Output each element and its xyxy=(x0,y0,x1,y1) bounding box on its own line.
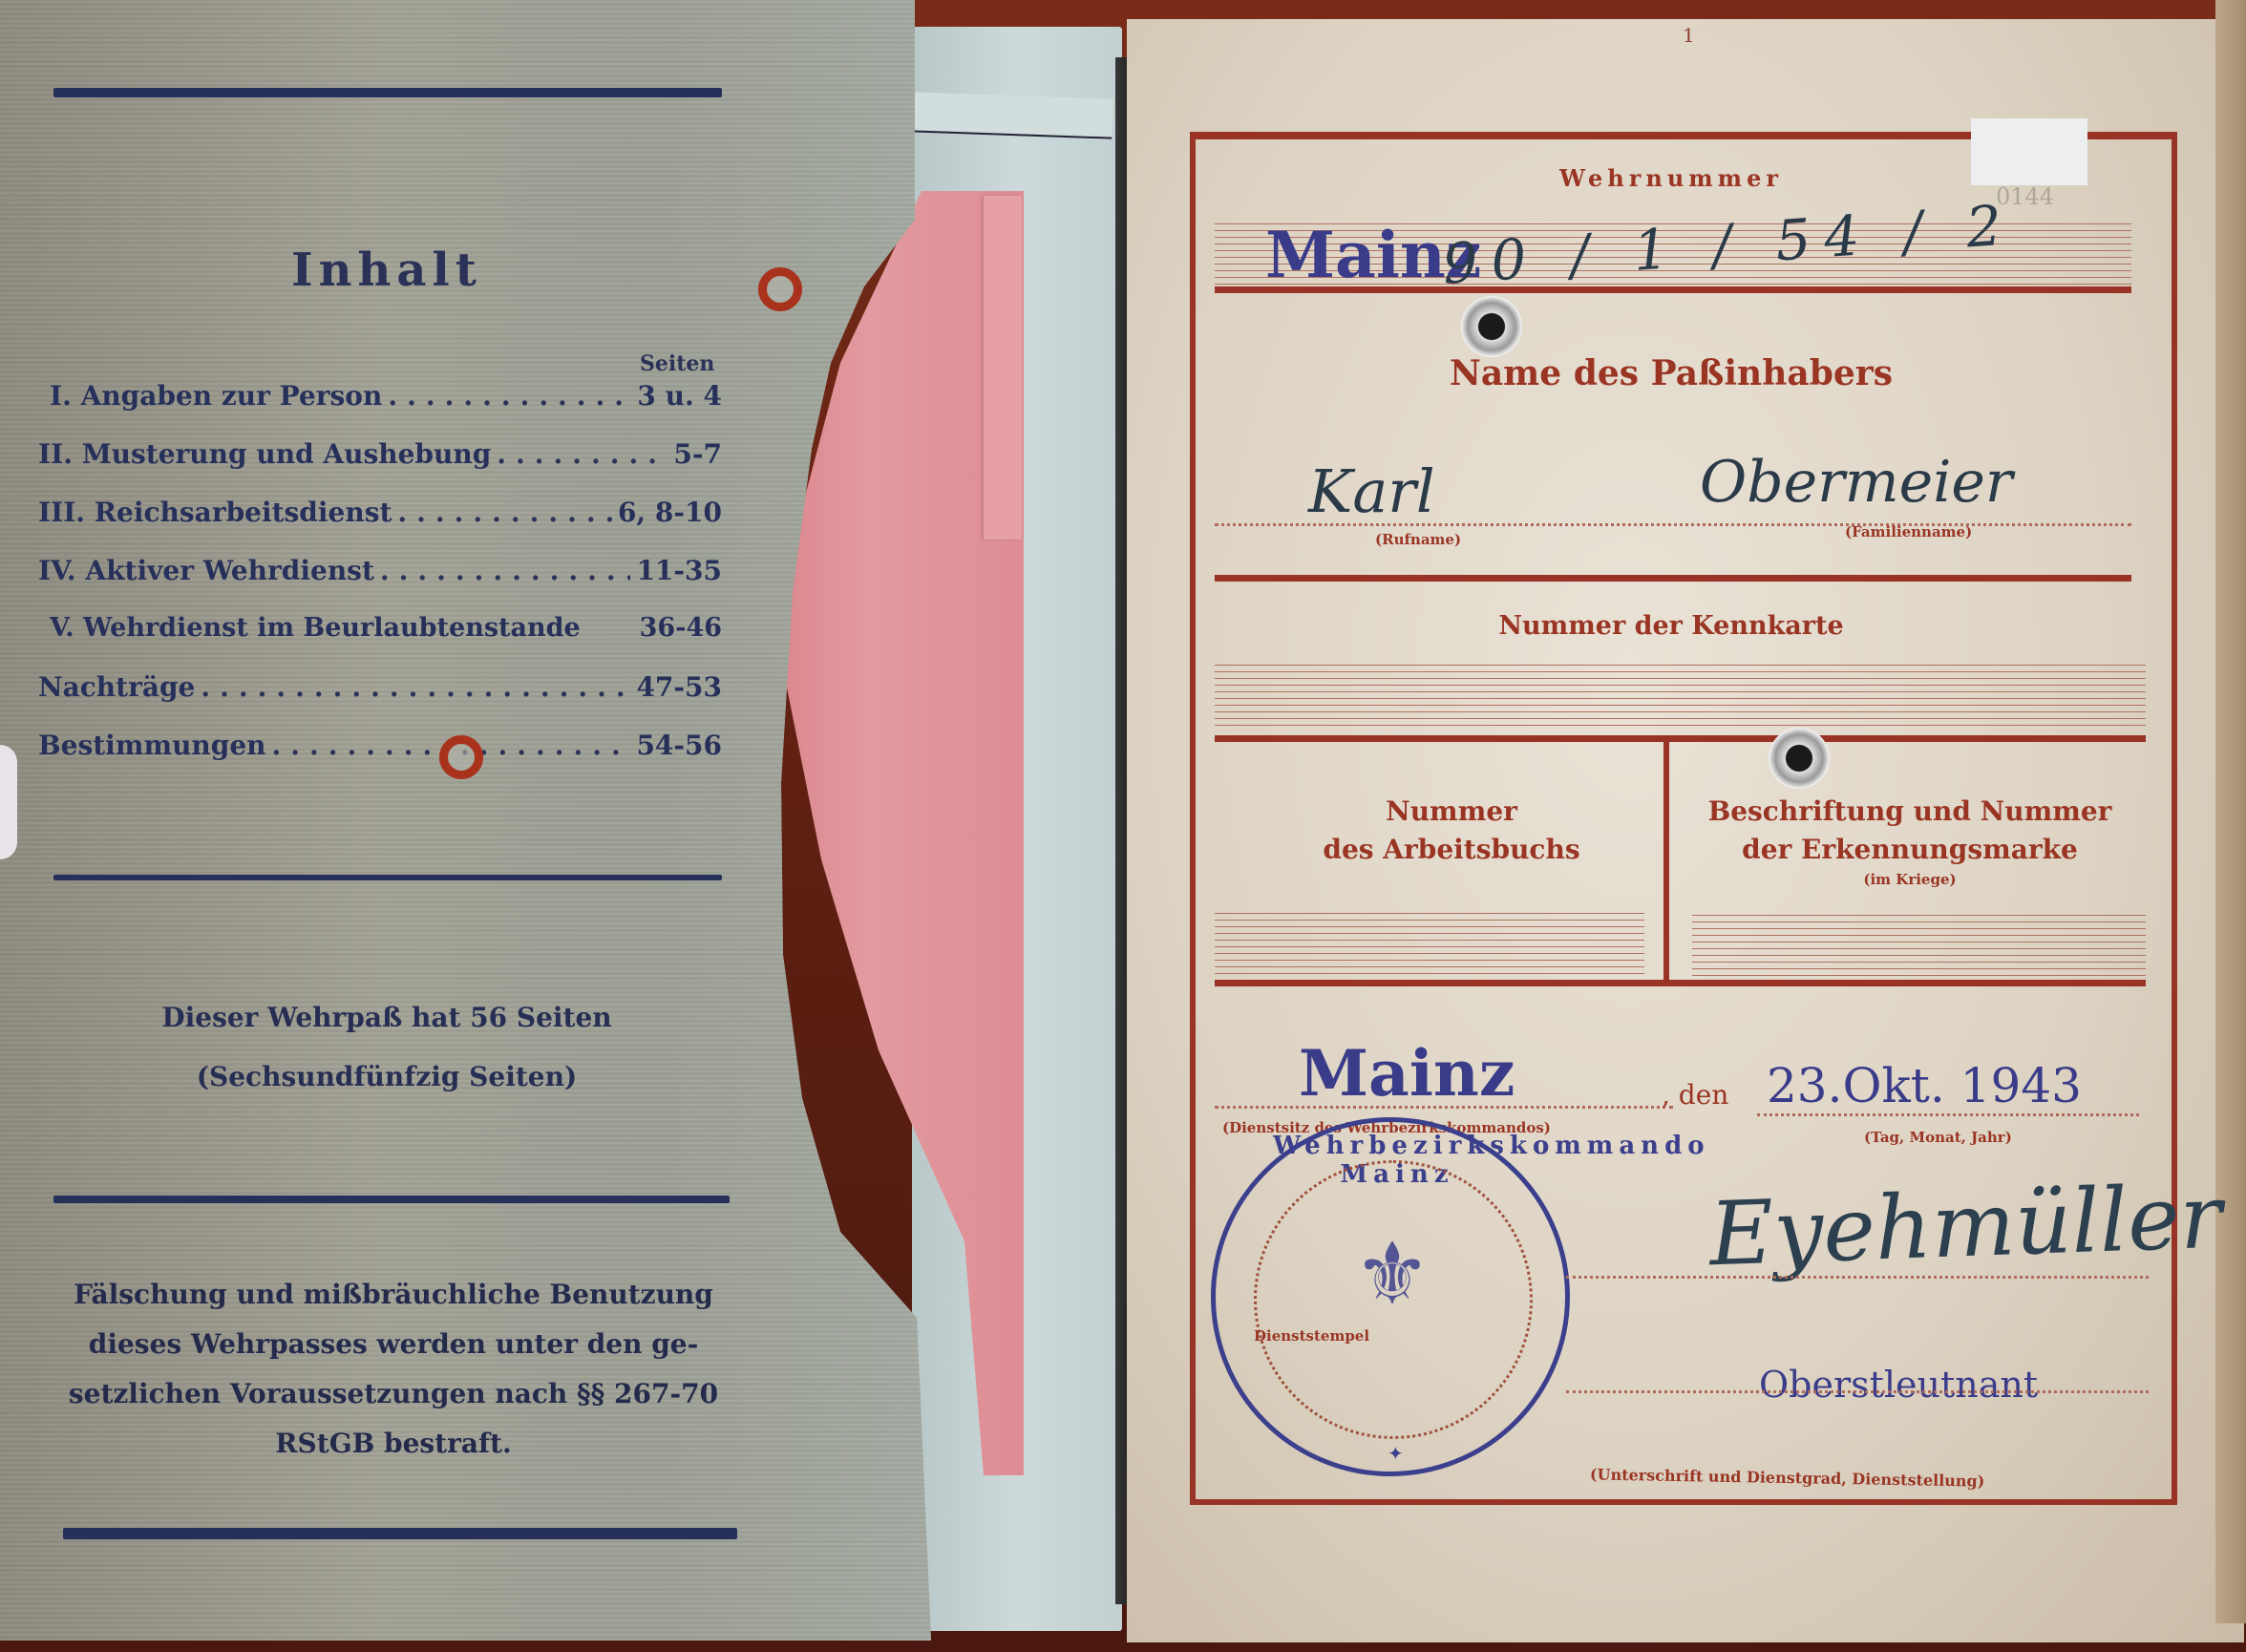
page-count-line: Dieser Wehrpaß hat 56 Seiten xyxy=(0,988,773,1048)
toc-label: Bestimmungen xyxy=(38,730,266,761)
folded-page-edge xyxy=(911,92,1112,138)
toc-row: Bestimmungen ...........................… xyxy=(38,730,722,788)
erkennungsmarke-label-line: Beschriftung und Nummer xyxy=(1681,793,2139,831)
grommet-icon xyxy=(1461,296,1522,357)
erkennungsmarke-label: Beschriftung und Nummer der Erkennungsma… xyxy=(1681,793,2139,890)
name-line xyxy=(1215,523,2131,526)
last-name: Obermeier xyxy=(1700,449,2013,516)
middle-divider xyxy=(53,875,722,880)
toc-row: II. Musterung und Aushebung ............… xyxy=(38,438,722,497)
kennkarte-label: Nummer der Kennkarte xyxy=(1432,611,1910,641)
toc-row: IV. Aktiver Wehrdienst .................… xyxy=(38,555,722,613)
toc-label: III. Reichsarbeitsdienst xyxy=(38,497,392,528)
toc-leader: ............................. xyxy=(201,671,630,703)
toc-pages: 6, 8-10 xyxy=(618,497,722,528)
toc-pages: 54-56 xyxy=(636,730,722,761)
toc-leader: ............................. xyxy=(397,497,612,528)
toc-leader: ............................. xyxy=(388,380,631,412)
erkennungsmarke-field xyxy=(1692,909,2146,978)
signature-line xyxy=(1566,1276,2149,1279)
wehrnummer-label: Wehrnummer xyxy=(1490,164,1853,192)
pages-column-label: Seiten xyxy=(640,351,714,376)
official-stamp: Wehrbezirkskommando Mainz ⚜ Dienststempe… xyxy=(1211,1117,1570,1476)
lower-divider xyxy=(53,1196,730,1203)
date-caption: (Tag, Monat, Jahr) xyxy=(1864,1129,2012,1146)
contents-title: Inhalt xyxy=(0,244,773,297)
place-stamp: Mainz xyxy=(1299,1036,1515,1111)
toc-row: III. Reichsarbeitsdienst ...............… xyxy=(38,497,722,555)
bottom-divider xyxy=(63,1528,737,1539)
toc-pages: 5-7 xyxy=(673,438,722,470)
last-name-caption: (Familienname) xyxy=(1845,523,1972,540)
arbeitsbuch-field xyxy=(1215,907,1644,976)
den-label: , den xyxy=(1662,1079,1728,1111)
table-of-contents: I. Angaben zur Person ..................… xyxy=(38,380,722,788)
arbeitsbuch-label-line: Nummer xyxy=(1241,793,1662,831)
section-rule xyxy=(1215,735,2146,742)
arbeitsbuch-label-line: des Arbeitsbuchs xyxy=(1241,831,1662,869)
erkennungsmarke-caption: (im Kriege) xyxy=(1681,869,2139,890)
toc-label: IV. Aktiver Wehrdienst xyxy=(38,555,374,586)
warning-line: RStGB bestraft. xyxy=(50,1419,737,1469)
star-icon: ✦ xyxy=(1388,1442,1404,1465)
pink-insert-fold xyxy=(984,196,1022,540)
warning-line: setzlichen Voraussetzungen nach §§ 267-7… xyxy=(50,1369,737,1419)
page-number: 1 xyxy=(1683,24,1695,47)
toc-pages: 47-53 xyxy=(636,671,722,703)
toc-row: Nachträge ............................. … xyxy=(38,671,722,730)
page-count-note: Dieser Wehrpaß hat 56 Seiten (Sechsundfü… xyxy=(0,988,773,1107)
name-section-label: Name des Paßinhabers xyxy=(1375,353,1967,393)
signature: Eyehmüller xyxy=(1707,1166,2223,1286)
erkennungsmarke-label-line: der Erkennungsmarke xyxy=(1681,831,2139,869)
first-name-caption: (Rufname) xyxy=(1375,531,1461,548)
toc-row: I. Angaben zur Person ..................… xyxy=(38,380,722,438)
arbeitsbuch-label: Nummer des Arbeitsbuchs xyxy=(1241,793,1662,869)
toc-pages: 11-35 xyxy=(636,555,722,586)
warning-line: Fälschung und mißbräuchliche Benutzung xyxy=(50,1270,737,1320)
place-line xyxy=(1215,1106,1673,1109)
toc-pages: 3 u. 4 xyxy=(637,380,722,412)
toc-pages: 36-46 xyxy=(640,613,722,643)
page-edge xyxy=(2215,0,2246,1623)
punch-hole-icon xyxy=(439,735,483,779)
date-line xyxy=(1757,1113,2139,1116)
rank-line xyxy=(1566,1390,2149,1393)
punch-hole-icon xyxy=(758,267,802,311)
column-divider xyxy=(1663,737,1669,984)
stamp-caption: Dienststempel xyxy=(1254,1327,1369,1345)
toc-label: V. Wehrdienst im Beurlaubtenstande xyxy=(38,613,581,643)
redaction-patch xyxy=(1971,118,2087,185)
toc-row: V. Wehrdienst im Beurlaubtenstande 36-46 xyxy=(38,613,722,671)
toc-leader: ............................. xyxy=(497,438,667,470)
date-stamp: 23.Okt. 1943 xyxy=(1767,1058,2082,1113)
rank-stamp: Oberstleutnant xyxy=(1759,1364,2038,1406)
toc-leader: ............................. xyxy=(380,555,631,586)
warning-line: dieses Wehrpasses werden unter den ge- xyxy=(50,1320,737,1369)
kennkarte-field xyxy=(1215,659,2146,731)
eagle-emblem-icon: ⚜ xyxy=(1282,1232,1502,1318)
grommet-icon xyxy=(1769,728,1830,789)
forgery-warning: Fälschung und mißbräuchliche Benutzung d… xyxy=(50,1270,737,1469)
toc-label: Nachträge xyxy=(38,671,195,703)
page-curl xyxy=(0,745,17,859)
page-count-words: (Sechsundfünfzig Seiten) xyxy=(0,1048,773,1107)
toc-label: II. Musterung und Aushebung xyxy=(38,438,491,470)
section-rule xyxy=(1215,980,2146,986)
first-name: Karl xyxy=(1308,456,1435,526)
toc-label: I. Angaben zur Person xyxy=(38,380,382,412)
top-divider xyxy=(53,88,722,97)
section-rule xyxy=(1215,575,2131,582)
